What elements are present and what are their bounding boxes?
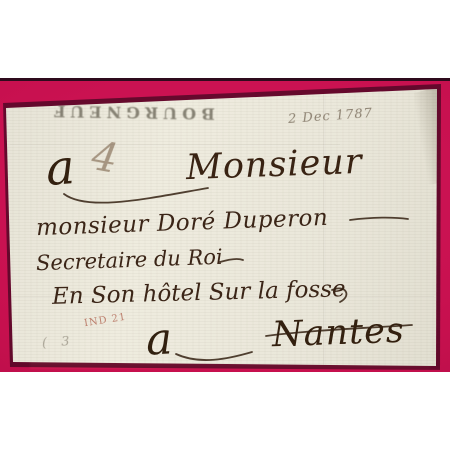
magenta-backdrop: BOURGNEUF 2 Dec 1787 4 a Monsieur monsie… — [0, 78, 450, 372]
address-title-monsieur: Monsieur — [185, 145, 363, 186]
destination-flourish-a: a — [145, 317, 174, 362]
recipient-line-trailing-dash — [350, 218, 408, 220]
destination-a-tail-stroke — [176, 352, 252, 360]
office-line-trailing-dash — [220, 259, 243, 262]
paper-fold-flap — [414, 87, 438, 187]
address-office-line: Secretaire du Roi — [36, 247, 223, 275]
address-street-line: En Son hôtel Sur la fosse — [52, 278, 346, 309]
address-recipient-line: monsieur Doré Duperon — [36, 207, 329, 240]
destination-city-nantes: Nantes — [271, 314, 405, 354]
salutation-a-tail-stroke — [64, 188, 208, 203]
postmark-bourgneuf-inverted: BOURGNEUF — [48, 103, 216, 122]
collector-reference-pencil-mark: IND 21 — [83, 313, 127, 330]
salutation-flourish-a: a — [44, 143, 76, 193]
manuscript-tax-mark: 4 — [89, 136, 121, 180]
collector-code-pencil-mark: ( 3 — [42, 335, 75, 350]
pencil-date-annotation: 2 Dec 1787 — [288, 107, 374, 126]
listing-photo-frame: BOURGNEUF 2 Dec 1787 4 a Monsieur monsie… — [0, 0, 450, 450]
folded-letter: BOURGNEUF 2 Dec 1787 4 a Monsieur monsie… — [0, 78, 450, 372]
